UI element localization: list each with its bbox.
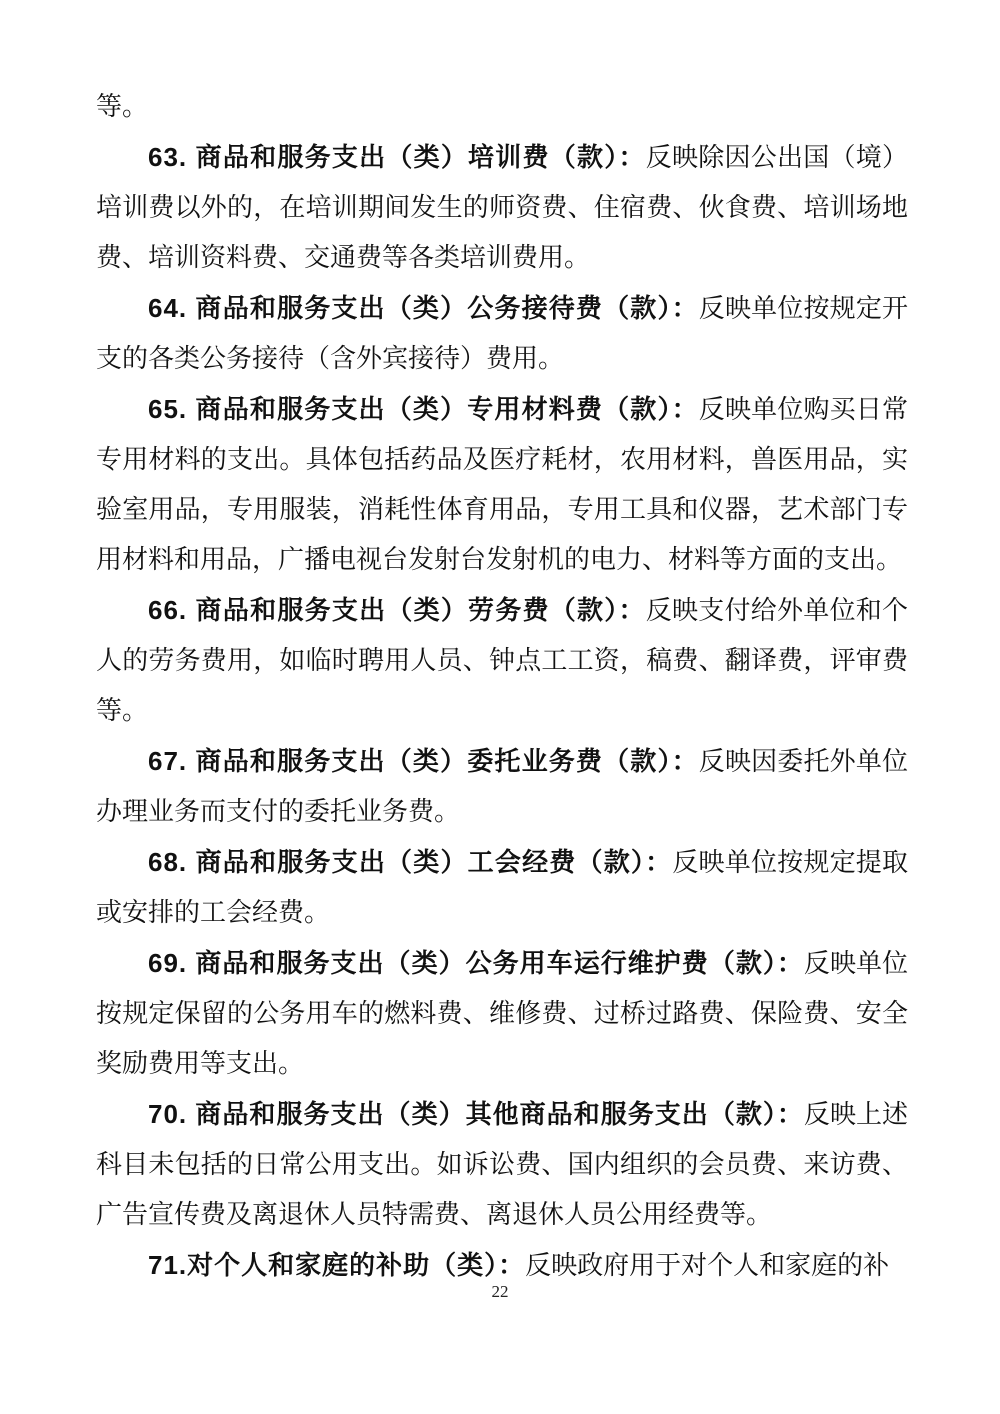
paragraph-body: 等。 [96, 92, 148, 121]
paragraph-heading: 71.对个人和家庭的补助（类）： [148, 1250, 525, 1280]
paragraph-65: 65. 商品和服务支出（类）专用材料费（款）：反映单位购买日常专用材料的支出。具… [96, 384, 908, 585]
paragraph-63: 63. 商品和服务支出（类）培训费（款）：反映除因公出国（境）培训费以外的，在培… [96, 132, 908, 283]
paragraph-heading: 64. 商品和服务支出（类）公务接待费（款）： [148, 293, 699, 323]
paragraph-64: 64. 商品和服务支出（类）公务接待费（款）：反映单位按规定开支的各类公务接待（… [96, 283, 908, 384]
page-number: 22 [0, 1282, 1000, 1302]
paragraph-69: 69. 商品和服务支出（类）公务用车运行维护费（款）：反映单位按规定保留的公务用… [96, 938, 908, 1089]
paragraph-heading: 68. 商品和服务支出（类）工会经费（款）： [148, 847, 672, 877]
paragraph-70: 70. 商品和服务支出（类）其他商品和服务支出（款）：反映上述科目未包括的日常公… [96, 1089, 908, 1240]
paragraph-body: 反映政府用于对个人和家庭的补 [525, 1251, 889, 1280]
paragraph-heading: 70. 商品和服务支出（类）其他商品和服务支出（款）： [148, 1099, 804, 1129]
paragraph-68: 68. 商品和服务支出（类）工会经费（款）：反映单位按规定提取或安排的工会经费。 [96, 837, 908, 938]
paragraph-67: 67. 商品和服务支出（类）委托业务费（款）：反映因委托外单位办理业务而支付的委… [96, 736, 908, 837]
paragraph-heading: 66. 商品和服务支出（类）劳务费（款）： [148, 595, 646, 625]
document-body: 等。 63. 商品和服务支出（类）培训费（款）：反映除因公出国（境）培训费以外的… [96, 82, 908, 1291]
paragraph-heading: 69. 商品和服务支出（类）公务用车运行维护费（款）： [148, 948, 804, 978]
paragraph-continuation: 等。 [96, 82, 908, 132]
paragraph-heading: 65. 商品和服务支出（类）专用材料费（款）： [148, 394, 699, 424]
paragraph-heading: 67. 商品和服务支出（类）委托业务费（款）： [148, 746, 699, 776]
paragraph-heading: 63. 商品和服务支出（类）培训费（款）： [148, 142, 646, 172]
paragraph-66: 66. 商品和服务支出（类）劳务费（款）：反映支付给外单位和个人的劳务费用，如临… [96, 585, 908, 736]
document-page: 等。 63. 商品和服务支出（类）培训费（款）：反映除因公出国（境）培训费以外的… [0, 0, 1000, 1414]
